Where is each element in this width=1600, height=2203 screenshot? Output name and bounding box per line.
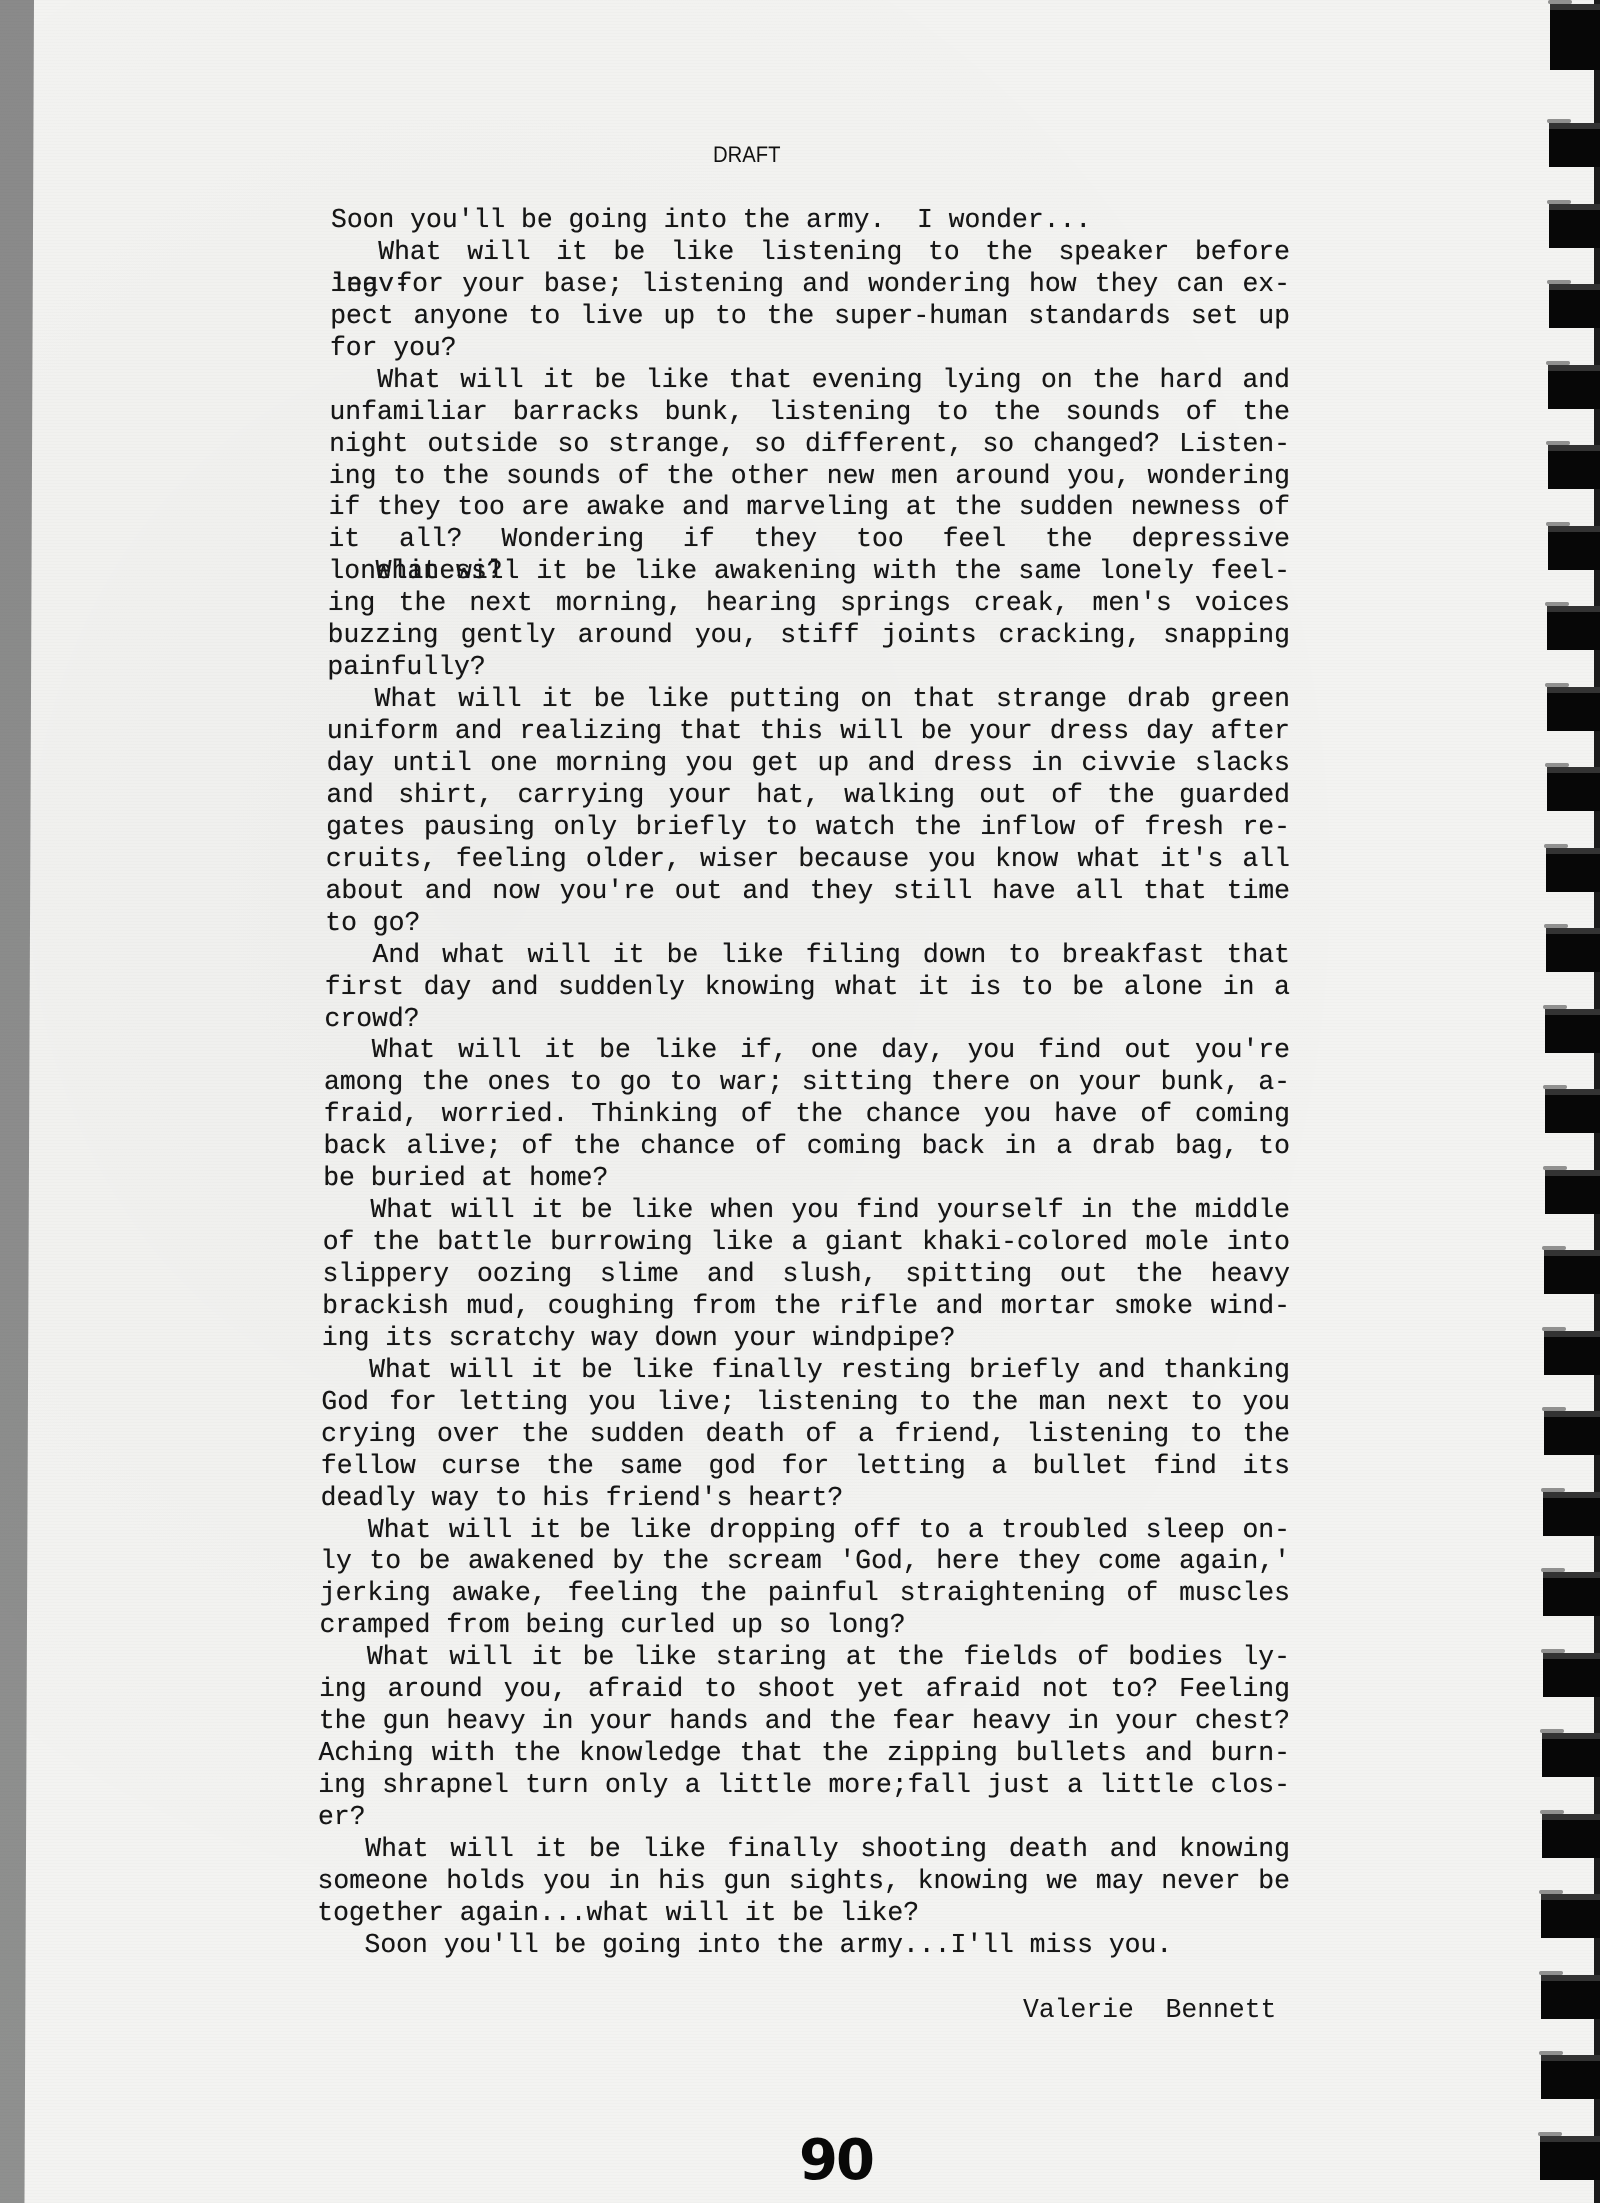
text-line: brackish mud, coughing from the rifle an… (322, 1290, 1290, 1322)
binding-tooth (1547, 687, 1600, 731)
binding-tooth (1541, 1894, 1600, 1938)
scanner-edge-shadow (0, 0, 34, 2203)
binding-tooth (1543, 1492, 1600, 1536)
text-line: crowd? (325, 1003, 420, 1035)
text-line: cramped from being curled up so long? (320, 1609, 906, 1641)
binding-tooth (1548, 365, 1600, 409)
binding-tooth (1549, 123, 1600, 167)
text-line: unfamiliar barracks bunk, listening to t… (329, 396, 1290, 428)
text-line: of the battle burrowing like a giant kha… (323, 1226, 1290, 1258)
binding-tooth (1549, 284, 1600, 328)
text-line: Aching with the knowledge that the zippi… (319, 1737, 1290, 1769)
page-title: DRAFT (713, 142, 780, 168)
text-line: crying over the sudden death of a friend… (321, 1418, 1290, 1450)
binding-tooth (1550, 4, 1600, 70)
text-line: be buried at home? (323, 1162, 608, 1194)
text-line: the gun heavy in your hands and the fear… (319, 1705, 1290, 1737)
text-line: to go? (325, 907, 420, 939)
text-line: together again...what will it be like? (317, 1897, 919, 1929)
text-line: deadly way to his friend's heart? (321, 1482, 844, 1514)
text-line: ing around you, afraid to shoot yet afra… (319, 1673, 1290, 1705)
text-line: God for letting you live; listening to t… (321, 1386, 1290, 1418)
text-line: What will it be like when you find yours… (323, 1194, 1290, 1226)
author-signature: Valerie Bennett (1023, 1994, 1276, 2026)
text-line: ing shrapnel turn only a little more;fal… (318, 1769, 1290, 1801)
text-line: What will it be like putting on that str… (327, 683, 1290, 715)
text-line: What will it be like that evening lying … (330, 364, 1290, 396)
text-line: ing for your base; listening and wonderi… (330, 268, 1290, 300)
text-line: cruits, feeling older, wiser because you… (326, 843, 1290, 875)
text-line: fellow curse the same god for letting a … (321, 1450, 1290, 1482)
binding-tooth (1544, 1411, 1600, 1455)
text-line: fraid, worried. Thinking of the chance y… (324, 1098, 1290, 1130)
binding-tooth (1543, 1572, 1600, 1616)
text-line: What will it be like dropping off to a t… (320, 1514, 1290, 1546)
text-line: What will it be like if, one day, you fi… (324, 1034, 1290, 1066)
text-line: about and now you're out and they still … (326, 875, 1290, 907)
page-number: 90 (799, 2128, 873, 2193)
binding-tooth (1541, 1975, 1600, 2019)
text-line: if they too are awake and marveling at t… (329, 491, 1290, 523)
text-line: first day and suddenly knowing what it i… (325, 971, 1290, 1003)
binding-tooth (1542, 1814, 1600, 1858)
text-line: ing its scratchy way down your windpipe? (322, 1322, 955, 1354)
text-line: What will it be like listening to the sp… (331, 236, 1290, 268)
text-line: night outside so strange, so different, … (329, 428, 1290, 460)
text-line: er? (318, 1801, 366, 1833)
binding-tooth (1547, 767, 1600, 811)
text-line: What will it be like awakening with the … (328, 555, 1290, 587)
text-line: among the ones to go to war; sitting the… (324, 1066, 1290, 1098)
text-line: ing the next morning, hearing springs cr… (328, 587, 1290, 619)
text-line: ly to be awakened by the scream 'God, he… (320, 1545, 1290, 1577)
text-line: ing to the sounds of the other new men a… (329, 460, 1290, 492)
binding-tooth (1546, 928, 1600, 972)
text-line: it all? Wondering if they too feel the d… (328, 523, 1290, 555)
binding-tooth (1547, 606, 1600, 650)
binding-tooth (1545, 1089, 1600, 1133)
binding-tooth (1541, 2055, 1600, 2099)
binding-tooth (1548, 526, 1600, 570)
binding-tooth (1544, 1331, 1600, 1375)
text-line: What will it be like finally shooting de… (318, 1833, 1290, 1865)
text-line: day until one morning you get up and dre… (327, 747, 1290, 779)
binding-tooth (1546, 848, 1600, 892)
text-line: uniform and realizing that this will be … (327, 715, 1290, 747)
text-line: What will it be like staring at the fiel… (319, 1641, 1290, 1673)
text-line: pect anyone to live up to the super-huma… (330, 300, 1290, 332)
text-line: back alive; of the chance of coming back… (323, 1130, 1290, 1162)
binding-tooth (1545, 1170, 1600, 1214)
binding-tooth (1549, 204, 1600, 248)
spiral-binding (1540, 0, 1600, 2203)
binding-tooth (1544, 1250, 1600, 1294)
text-line: slippery oozing slime and slush, spittin… (322, 1258, 1290, 1290)
text-line: jerking awake, feeling the painful strai… (320, 1577, 1290, 1609)
text-line: painfully? (327, 651, 485, 683)
text-line: gates pausing only briefly to watch the … (326, 811, 1290, 843)
text-line: someone holds you in his gun sights, kno… (318, 1865, 1290, 1897)
text-line: Soon you'll be going into the army...I'l… (317, 1929, 1172, 1961)
text-line: Soon you'll be going into the army. I wo… (331, 204, 1091, 236)
text-line: What will it be like finally resting bri… (322, 1354, 1290, 1386)
binding-tooth (1545, 1009, 1600, 1053)
binding-tooth (1543, 1653, 1600, 1697)
binding-tooth (1540, 2136, 1600, 2180)
text-line: buzzing gently around you, stiff joints … (328, 619, 1290, 651)
binding-tooth (1542, 1733, 1600, 1777)
text-line: for you? (330, 332, 457, 364)
text-line: And what will it be like filing down to … (325, 939, 1290, 971)
binding-tooth (1548, 445, 1600, 489)
text-line: and shirt, carrying your hat, walking ou… (326, 779, 1290, 811)
